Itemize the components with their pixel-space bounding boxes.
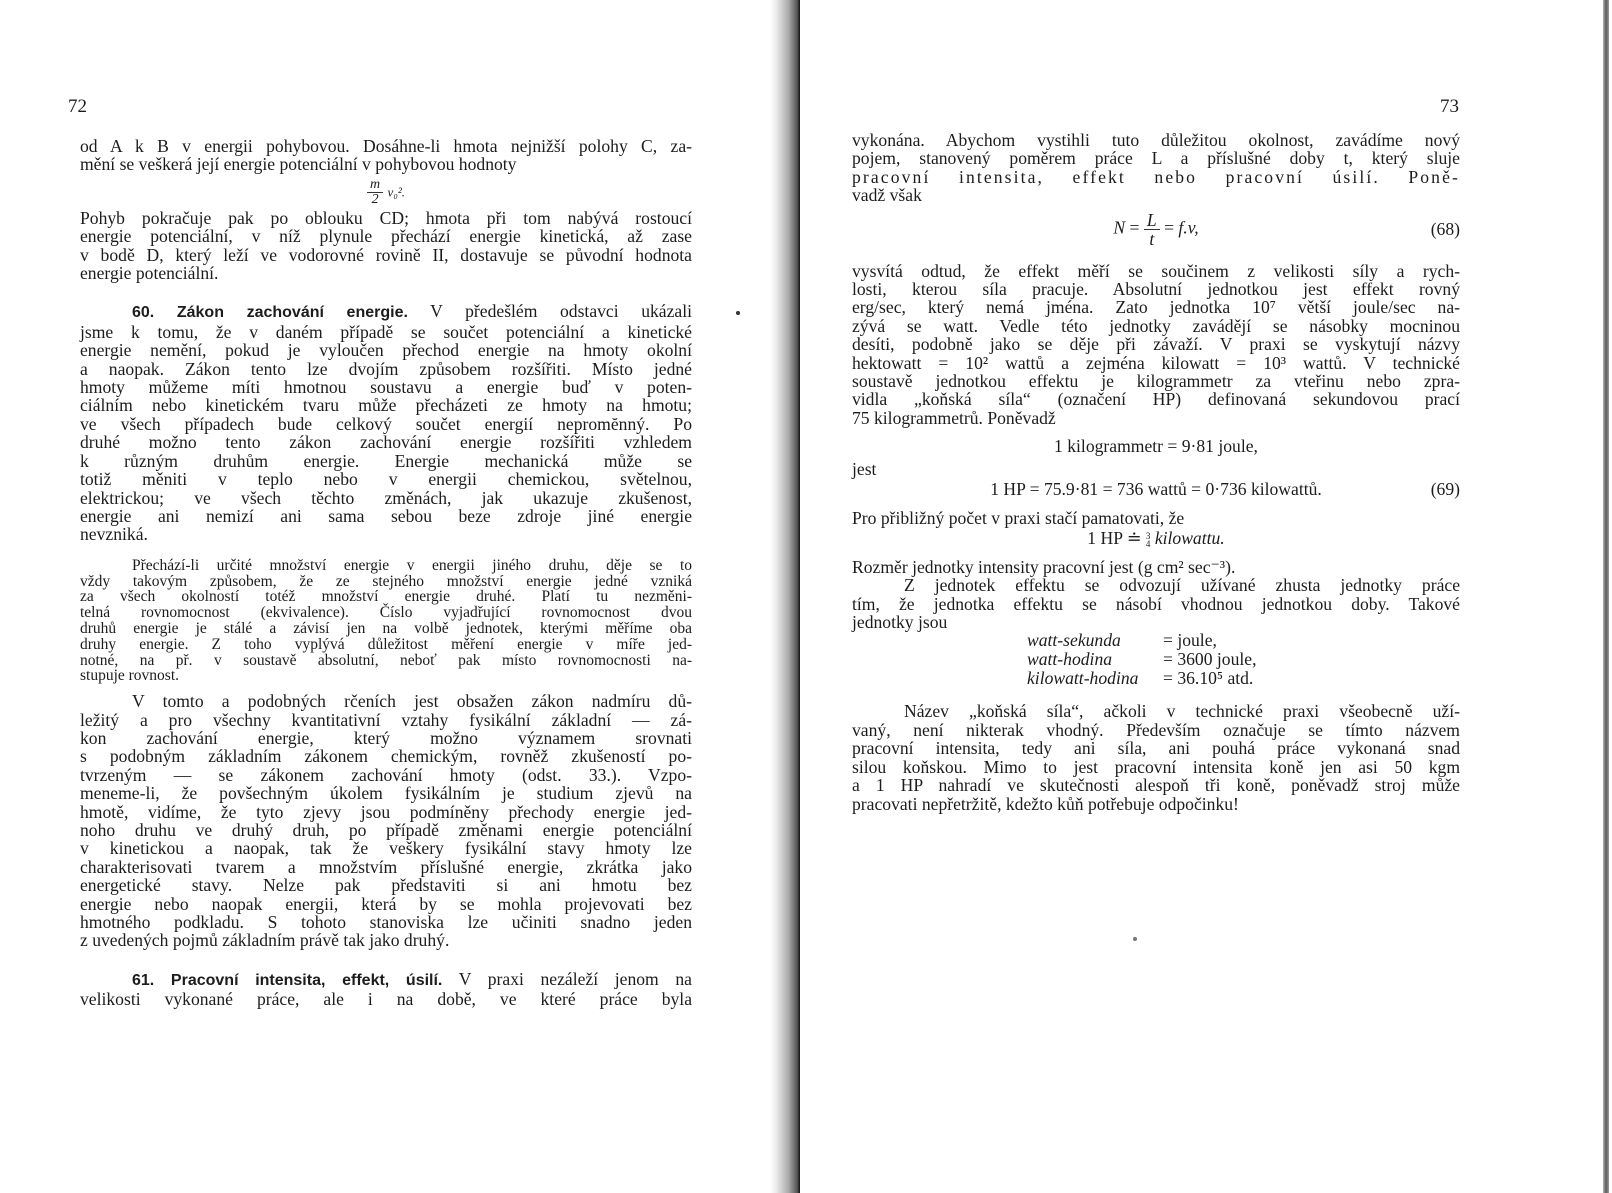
dimension-line: Rozměr jednotky intensity pracovní jest … <box>852 558 1460 576</box>
left-page: 72 od A k B v energii pohybovou. Dosáhne… <box>0 0 770 1193</box>
horsepower-paragraph: Název „koňská síla“, ačkoli v technické … <box>852 702 1460 812</box>
text-line: a 1 HP nahradí ve skutečnosti alespoň tř… <box>852 776 1460 794</box>
jest-label: jest <box>852 460 1460 478</box>
equation-69: 1 HP = 75.9·81 = 736 wattů = 0·736 kilow… <box>852 480 1460 498</box>
text-line: pojem, stanovený poměrem práce L a přísl… <box>852 149 1460 167</box>
text-line: nevzniká. <box>80 525 692 543</box>
text-line: noho druhu ve druhý druh, po případě změ… <box>80 821 692 839</box>
section-61: 61. Pracovní intensita, effekt, úsilí. V… <box>80 970 692 1009</box>
print-speck <box>736 311 740 315</box>
book-gutter <box>770 0 804 1193</box>
text-line: od A k B v energii pohybovou. Dosáhne-li… <box>80 137 692 155</box>
intro-paragraph: od A k B v energii pohybovou. Dosáhne-li… <box>80 137 692 174</box>
text-line: energie potenciální, v níž plynule přech… <box>80 227 692 245</box>
units-table: watt-sekunda = joule, watt-hodina = 3600… <box>1027 631 1460 688</box>
text-line: za všech okolností totéž množství energi… <box>80 589 692 605</box>
text-line: ve všech případech bude celkový součet e… <box>80 415 692 433</box>
text-line: druhů energie je stálé a závisí jen na v… <box>80 621 692 637</box>
text-line: meneme-li, že povšechným úkolem fysikáln… <box>80 784 692 802</box>
text-line: tím, že jednotka effektu se násobí vhodn… <box>852 595 1460 613</box>
text-line: v kinetickou a naopak, tak že veškery fy… <box>80 839 692 857</box>
equation-kilogrammeter: 1 kilogrammetr = 9·81 joule, <box>852 437 1460 455</box>
text-line: erg/sec, který nemá jména. Zato jednotka… <box>852 298 1460 316</box>
text-line: vidla „koňská síla“ (označení HP) defino… <box>852 390 1460 408</box>
units-row: kilowatt-hodina = 36.10⁵ atd. <box>1027 669 1460 688</box>
text-line: druhy energie. Z toho vyplývá důležitost… <box>80 637 692 653</box>
text-line: energie nemění, pokud je vyloučen přecho… <box>80 341 692 359</box>
text-line: tvrzeným — se zákonem zachování hmoty (o… <box>80 766 692 784</box>
text-line: notné, na př. v soustavě absolutní, nebo… <box>80 653 692 669</box>
text-line: zývá se watt. Vedle této jednotky zavádě… <box>852 317 1460 335</box>
units-paragraph: Z jednotek effektu se odvozují užívané z… <box>852 576 1460 631</box>
text-line: k různým druhům energie. Energie mechani… <box>80 452 692 470</box>
section-60: 60. Zákon zachování energie. V předešlém… <box>80 302 692 543</box>
text-line: jsme k tomu, že v daném případě se souče… <box>80 323 692 341</box>
text-line: vaný, není nikterak vhodný. Především oz… <box>852 721 1460 739</box>
text-line: hmotného podkladu. S tohoto stanoviska l… <box>80 913 692 931</box>
text-line: druhé možno tento zákon zachování energi… <box>80 433 692 451</box>
text-line: vadž však <box>852 186 1460 204</box>
text-line: a naopak. Zákon tento lze dvojím způsobe… <box>80 360 692 378</box>
text-line: ležitý a pro všechny kvantitativní vztah… <box>80 711 692 729</box>
text-line: energie nebo naopak energii, která by se… <box>80 895 692 913</box>
text-line: soustavě jednotkou effektu je kilogramme… <box>852 372 1460 390</box>
text-line: elektrickou; ve všech těchto změnách, ja… <box>80 489 692 507</box>
text-line: ciálním nebo kinetickém tvaru může přech… <box>80 396 692 414</box>
equation-number: (68) <box>1431 220 1460 238</box>
text-line: mění se veškerá její energie potenciální… <box>80 155 692 173</box>
left-page-body: od A k B v energii pohybovou. Dosáhne-li… <box>80 137 692 1009</box>
equation-68: N = L t = f.v, (68) <box>852 211 1460 248</box>
opening-paragraph: vykonána. Abychom vystihli tuto důležito… <box>852 131 1460 205</box>
text-line: energie potenciální. <box>80 264 692 282</box>
text-line: stupuje rovnost. <box>80 668 692 684</box>
equation-number: (69) <box>1431 480 1460 498</box>
formula-kinetic-energy: m 2 v₀². <box>80 178 692 207</box>
text-line: 75 kilogrammetrů. Poněvadž <box>852 409 1460 427</box>
effect-paragraph: vysvítá odtud, že effekt měří se součine… <box>852 262 1460 428</box>
text-line: energie ani nemizí ani sama sebou beze z… <box>80 507 692 525</box>
text-line: silou koňskou. Mimo to jest pracovní int… <box>852 758 1460 776</box>
text-line: kon zachování energie, který možno význa… <box>80 729 692 747</box>
text-line: losti, kterou síla pracuje. Absolutní je… <box>852 280 1460 298</box>
page-number: 72 <box>68 96 87 118</box>
text-line: hmotě, vidíme, že tyto zjevy jsou podmín… <box>80 803 692 821</box>
text-line: vysvítá odtud, že effekt měří se součine… <box>852 262 1460 280</box>
text-line: desíti, podobně jako se děje při závaží.… <box>852 335 1460 353</box>
text-line: velikosti vykonané práce, ale i na době,… <box>80 990 692 1008</box>
text-line: hektowatt = 10² wattů a zejména kilowatt… <box>852 354 1460 372</box>
text-line: Z jednotek effektu se odvozují užívané z… <box>852 576 1460 594</box>
section-heading: 61. Pracovní intensita, effekt, úsilí. <box>132 972 442 989</box>
text-line: charakterisovati tvarem a množstvím přís… <box>80 858 692 876</box>
right-page-body: vykonána. Abychom vystihli tuto důležito… <box>852 131 1460 813</box>
equivalence-paragraph: Přechází-li určité množství energie v en… <box>80 558 692 684</box>
arc-paragraph: Pohyb pokračuje pak po oblouku CD; hmota… <box>80 209 692 283</box>
text-line: pracovati nepřetržitě, kdežto kůň potřeb… <box>852 795 1460 813</box>
text-line: totiž měniti v teplo nebo v energii chem… <box>80 470 692 488</box>
print-speck <box>1133 937 1137 941</box>
conservation-law-paragraph: V tomto a podobných rčeních jest obsažen… <box>80 692 692 950</box>
text-line: z uvedených pojmů základním právě tak ja… <box>80 931 692 949</box>
text-line: vykonána. Abychom vystihli tuto důležito… <box>852 131 1460 149</box>
units-row: watt-hodina = 3600 joule, <box>1027 650 1460 669</box>
text-line: hmoty můžeme míti hmotnou soustavu a ene… <box>80 378 692 396</box>
text-line: jednotky jsou <box>852 613 1460 631</box>
page-number: 73 <box>1440 96 1459 118</box>
text-line: Pohyb pokračuje pak po oblouku CD; hmota… <box>80 209 692 227</box>
text-line: Přechází-li určité množství energie v en… <box>80 558 692 574</box>
page-edge <box>1603 0 1609 1193</box>
text-line: vždy takovým způsobem, že ze stejného mn… <box>80 574 692 590</box>
text-line: energetické stavy. Nelze pak představiti… <box>80 876 692 894</box>
text-line: pracovní intensita, effekt nebo pracovní… <box>852 168 1460 186</box>
units-row: watt-sekunda = joule, <box>1027 631 1460 650</box>
book-spread: 72 od A k B v energii pohybovou. Dosáhne… <box>0 0 1612 1193</box>
text-line: v bodě D, který leží ve vodorovné rovině… <box>80 246 692 264</box>
text-line: V tomto a podobných rčeních jest obsažen… <box>80 692 692 710</box>
text-line: telná rovnomocnost (ekvivalence). Číslo … <box>80 605 692 621</box>
approx-intro: Pro přibližný počet v praxi stačí pamato… <box>852 509 1460 527</box>
text-line: Název „koňská síla“, ačkoli v technické … <box>852 702 1460 720</box>
text-line: s podobným základním zákonem chemickým, … <box>80 747 692 765</box>
text-line: pracovní intensita, tedy ani síla, ani p… <box>852 739 1460 757</box>
equation-approx-hp: 1 HP ≐ 3 4 kilowattu. <box>852 529 1460 548</box>
section-heading: 60. Zákon zachování energie. <box>132 304 408 321</box>
